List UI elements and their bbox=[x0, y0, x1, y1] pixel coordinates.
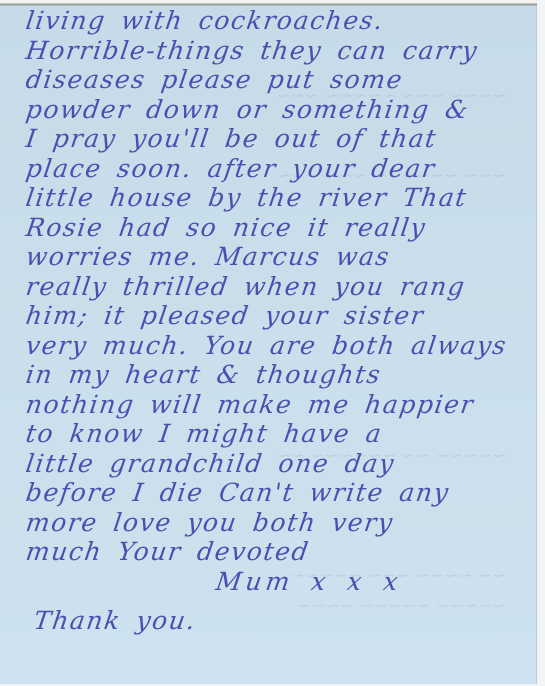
letter-line: little grandchild one day bbox=[24, 449, 533, 479]
letter-line: Rosie had so nice it really bbox=[24, 213, 533, 243]
letter-line: very much. You are both always bbox=[24, 331, 533, 361]
signature: Mum x x x bbox=[214, 567, 533, 597]
letter-line: diseases please put some bbox=[24, 65, 533, 95]
letter-line: more love you both very bbox=[24, 508, 533, 538]
letter-line: living with cockroaches. bbox=[24, 6, 533, 36]
letter-line: I pray you'll be out of that bbox=[24, 124, 533, 154]
letter-line: before I die Can't write any bbox=[24, 478, 533, 508]
letter-body: living with cockroaches. Horrible-things… bbox=[24, 6, 529, 636]
letter-line: Horrible-things they can carry bbox=[24, 36, 533, 66]
letter-line: in my heart & thoughts bbox=[24, 360, 533, 390]
letter-line: little house by the river That bbox=[24, 183, 533, 213]
postscript: Thank you. bbox=[24, 606, 533, 636]
letter-line: to know I might have a bbox=[24, 419, 533, 449]
letter-line: powder down or something & bbox=[24, 95, 533, 125]
letter-line: place soon. after your dear bbox=[24, 154, 533, 184]
letter-line: nothing will make me happier bbox=[24, 390, 533, 420]
scanned-letter-page: ~~~~ ~~~ ~~~~~ ~~~ ~~~ ~~~~~~ ~~ ~~~~ ~~… bbox=[0, 0, 545, 686]
letter-line: much Your devoted bbox=[24, 537, 533, 567]
letter-line: really thrilled when you rang bbox=[24, 272, 533, 302]
letter-line: worries me. Marcus was bbox=[24, 242, 533, 272]
letter-line: him; it pleased your sister bbox=[24, 301, 533, 331]
scan-margin bbox=[537, 0, 545, 686]
